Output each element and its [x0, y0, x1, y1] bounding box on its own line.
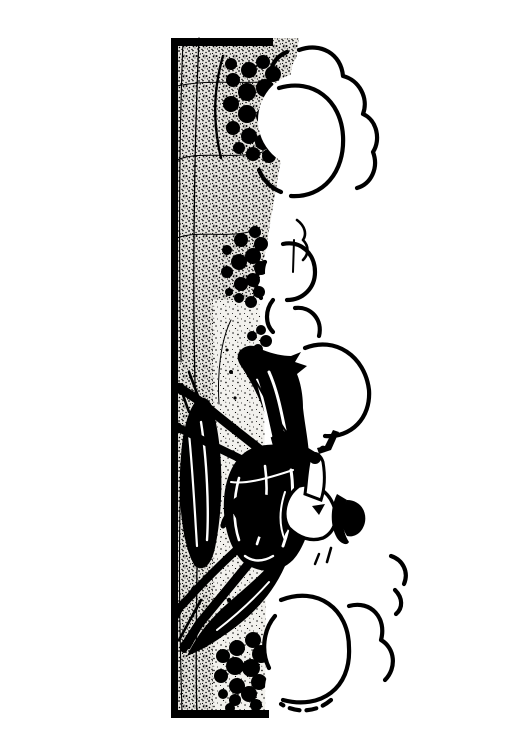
cowboy-illustration-figure [0, 0, 531, 750]
cloud-arc-behind-horse-head [305, 344, 369, 436]
motion-dashes [315, 548, 331, 564]
page [0, 0, 531, 750]
frame-left-border [173, 38, 273, 46]
frame-right-border [173, 710, 269, 718]
cloud-cluster-right [264, 556, 406, 722]
cowboy-hat [332, 494, 366, 544]
cowboy-illustration [0, 0, 531, 750]
rotated-artwork [171, 38, 406, 722]
